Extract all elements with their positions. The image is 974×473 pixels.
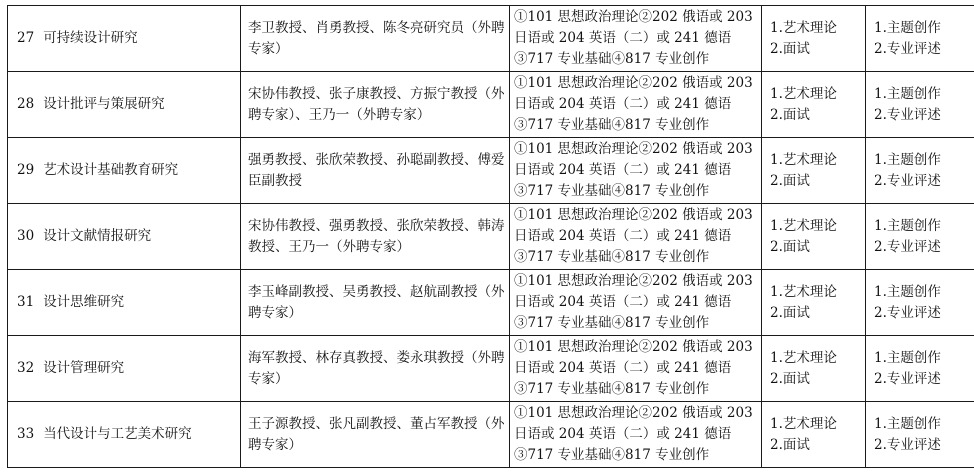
exam-subjects-cell: ①101 思想政治理论②202 俄语或 203 日语或 204 英语（二）或 2…: [510, 6, 762, 72]
exam-line: ③717 专业基础④817 专业创作: [514, 313, 761, 334]
retest-subjects-cell: 1.艺术理论 2.面试: [762, 6, 866, 72]
direction-name: 艺术设计基础教育研究: [43, 162, 178, 178]
exam-line: ③717 专业基础④817 专业创作: [514, 379, 761, 400]
table-row: 29艺术设计基础教育研究 强勇教授、张欣荣教授、孙聪副教授、傅爱臣副教授 ①10…: [8, 138, 974, 204]
table-row: 27可持续设计研究 李卫教授、肖勇教授、陈冬亮研究员（外聘专家） ①101 思想…: [8, 6, 974, 72]
supervisors-text: 李卫教授、肖勇教授、陈冬亮研究员（外聘专家）: [248, 18, 505, 60]
retest-subject: 1.艺术理论: [770, 348, 865, 369]
retest-subject: 2.面试: [770, 369, 865, 390]
retest-content: 2.专业评述: [874, 435, 974, 456]
retest-content: 2.专业评述: [874, 171, 974, 192]
retest-content: 1.主题创作: [874, 216, 974, 237]
supervisors-cell: 宋协伟教授、张子康教授、方振宁教授（外聘专家）、王乃一（外聘专家）: [241, 72, 510, 138]
retest-content: 1.主题创作: [874, 282, 974, 303]
retest-subjects-cell: 1.艺术理论 2.面试: [762, 204, 866, 270]
exam-line: 日语或 204 英语（二）或 241 德语: [514, 292, 761, 313]
exam-line: ③717 专业基础④817 专业创作: [514, 247, 761, 268]
retest-content: 2.专业评述: [874, 237, 974, 258]
program-table: 27可持续设计研究 李卫教授、肖勇教授、陈冬亮研究员（外聘专家） ①101 思想…: [7, 5, 974, 468]
exam-line: ①101 思想政治理论②202 俄语或 203: [514, 139, 761, 160]
exam-subjects-cell: ①101 思想政治理论②202 俄语或 203 日语或 204 英语（二）或 2…: [510, 72, 762, 138]
exam-line: ③717 专业基础④817 专业创作: [514, 181, 761, 202]
retest-subjects-cell: 1.艺术理论 2.面试: [762, 138, 866, 204]
direction-name: 设计管理研究: [43, 360, 124, 376]
direction-number: 31: [17, 292, 34, 313]
retest-content-cell: 1.主题创作 2.专业评述: [866, 402, 974, 468]
exam-subjects-cell: ①101 思想政治理论②202 俄语或 203 日语或 204 英语（二）或 2…: [510, 138, 762, 204]
supervisors-cell: 李玉峰副教授、吴勇教授、赵航副教授（外聘专家）: [241, 270, 510, 336]
research-direction-cell: 31设计思维研究: [8, 270, 241, 336]
exam-line: 日语或 204 英语（二）或 241 德语: [514, 28, 761, 49]
retest-subjects-cell: 1.艺术理论 2.面试: [762, 270, 866, 336]
retest-content-cell: 1.主题创作 2.专业评述: [866, 270, 974, 336]
exam-line: 日语或 204 英语（二）或 241 德语: [514, 358, 761, 379]
exam-line: 日语或 204 英语（二）或 241 德语: [514, 424, 761, 445]
supervisors-cell: 海军教授、林存真教授、娄永琪教授（外聘专家）: [241, 336, 510, 402]
exam-subjects-cell: ①101 思想政治理论②202 俄语或 203 日语或 204 英语（二）或 2…: [510, 402, 762, 468]
retest-subjects-cell: 1.艺术理论 2.面试: [762, 402, 866, 468]
exam-line: ③717 专业基础④817 专业创作: [514, 115, 761, 136]
supervisors-cell: 李卫教授、肖勇教授、陈冬亮研究员（外聘专家）: [241, 6, 510, 72]
exam-line: ①101 思想政治理论②202 俄语或 203: [514, 73, 761, 94]
supervisors-text: 王子源教授、张凡副教授、董占军教授（外聘专家）: [248, 414, 505, 456]
retest-subject: 1.艺术理论: [770, 414, 865, 435]
retest-content: 1.主题创作: [874, 348, 974, 369]
supervisors-cell: 宋协伟教授、强勇教授、张欣荣教授、韩涛教授、王乃一（外聘专家）: [241, 204, 510, 270]
research-direction-cell: 27可持续设计研究: [8, 6, 241, 72]
retest-content-cell: 1.主题创作 2.专业评述: [866, 6, 974, 72]
exam-subjects-cell: ①101 思想政治理论②202 俄语或 203 日语或 204 英语（二）或 2…: [510, 336, 762, 402]
supervisors-cell: 强勇教授、张欣荣教授、孙聪副教授、傅爱臣副教授: [241, 138, 510, 204]
exam-line: 日语或 204 英语（二）或 241 德语: [514, 160, 761, 181]
retest-content: 1.主题创作: [874, 150, 974, 171]
direction-name: 设计文献情报研究: [43, 228, 151, 244]
direction-name: 设计思维研究: [43, 294, 124, 310]
retest-subject: 2.面试: [770, 39, 865, 60]
retest-content: 1.主题创作: [874, 84, 974, 105]
retest-content: 2.专业评述: [874, 105, 974, 126]
retest-content: 1.主题创作: [874, 18, 974, 39]
retest-subject: 1.艺术理论: [770, 18, 865, 39]
direction-number: 29: [17, 160, 34, 181]
supervisors-text: 宋协伟教授、强勇教授、张欣荣教授、韩涛教授、王乃一（外聘专家）: [248, 216, 505, 258]
exam-subjects-cell: ①101 思想政治理论②202 俄语或 203 日语或 204 英语（二）或 2…: [510, 204, 762, 270]
retest-content: 2.专业评述: [874, 39, 974, 60]
retest-content-cell: 1.主题创作 2.专业评述: [866, 72, 974, 138]
retest-subject: 1.艺术理论: [770, 216, 865, 237]
retest-subject: 1.艺术理论: [770, 84, 865, 105]
exam-line: ①101 思想政治理论②202 俄语或 203: [514, 403, 761, 424]
research-direction-cell: 29艺术设计基础教育研究: [8, 138, 241, 204]
exam-line: 日语或 204 英语（二）或 241 德语: [514, 226, 761, 247]
table-row: 28设计批评与策展研究 宋协伟教授、张子康教授、方振宁教授（外聘专家）、王乃一（…: [8, 72, 974, 138]
exam-line: ①101 思想政治理论②202 俄语或 203: [514, 205, 761, 226]
retest-subject: 1.艺术理论: [770, 282, 865, 303]
exam-line: ①101 思想政治理论②202 俄语或 203: [514, 337, 761, 358]
table-row: 30设计文献情报研究 宋协伟教授、强勇教授、张欣荣教授、韩涛教授、王乃一（外聘专…: [8, 204, 974, 270]
retest-content-cell: 1.主题创作 2.专业评述: [866, 336, 974, 402]
research-direction-cell: 32设计管理研究: [8, 336, 241, 402]
retest-content: 2.专业评述: [874, 303, 974, 324]
supervisors-text: 李玉峰副教授、吴勇教授、赵航副教授（外聘专家）: [248, 282, 505, 324]
supervisors-text: 宋协伟教授、张子康教授、方振宁教授（外聘专家）、王乃一（外聘专家）: [248, 84, 505, 126]
table-row: 33当代设计与工艺美术研究 王子源教授、张凡副教授、董占军教授（外聘专家） ①1…: [8, 402, 974, 468]
exam-line: ③717 专业基础④817 专业创作: [514, 445, 761, 466]
direction-number: 27: [17, 28, 34, 49]
exam-line: ③717 专业基础④817 专业创作: [514, 49, 761, 70]
direction-name: 可持续设计研究: [43, 30, 138, 46]
research-direction-cell: 33当代设计与工艺美术研究: [8, 402, 241, 468]
supervisors-text: 强勇教授、张欣荣教授、孙聪副教授、傅爱臣副教授: [248, 150, 505, 192]
direction-number: 30: [17, 226, 34, 247]
direction-number: 33: [17, 424, 34, 445]
retest-content: 1.主题创作: [874, 414, 974, 435]
direction-name: 设计批评与策展研究: [43, 96, 165, 112]
research-direction-cell: 28设计批评与策展研究: [8, 72, 241, 138]
retest-subject: 2.面试: [770, 171, 865, 192]
supervisors-text: 海军教授、林存真教授、娄永琪教授（外聘专家）: [248, 348, 505, 390]
retest-subject: 2.面试: [770, 303, 865, 324]
table-row: 31设计思维研究 李玉峰副教授、吴勇教授、赵航副教授（外聘专家） ①101 思想…: [8, 270, 974, 336]
retest-content-cell: 1.主题创作 2.专业评述: [866, 138, 974, 204]
exam-subjects-cell: ①101 思想政治理论②202 俄语或 203 日语或 204 英语（二）或 2…: [510, 270, 762, 336]
research-direction-cell: 30设计文献情报研究: [8, 204, 241, 270]
supervisors-cell: 王子源教授、张凡副教授、董占军教授（外聘专家）: [241, 402, 510, 468]
retest-subject: 2.面试: [770, 105, 865, 126]
retest-subject: 2.面试: [770, 435, 865, 456]
retest-content-cell: 1.主题创作 2.专业评述: [866, 204, 974, 270]
exam-line: ①101 思想政治理论②202 俄语或 203: [514, 271, 761, 292]
direction-name: 当代设计与工艺美术研究: [43, 426, 192, 442]
table-row: 32设计管理研究 海军教授、林存真教授、娄永琪教授（外聘专家） ①101 思想政…: [8, 336, 974, 402]
exam-line: 日语或 204 英语（二）或 241 德语: [514, 94, 761, 115]
exam-line: ①101 思想政治理论②202 俄语或 203: [514, 7, 761, 28]
retest-content: 2.专业评述: [874, 369, 974, 390]
retest-subject: 1.艺术理论: [770, 150, 865, 171]
retest-subjects-cell: 1.艺术理论 2.面试: [762, 72, 866, 138]
direction-number: 28: [17, 94, 34, 115]
retest-subjects-cell: 1.艺术理论 2.面试: [762, 336, 866, 402]
retest-subject: 2.面试: [770, 237, 865, 258]
direction-number: 32: [17, 358, 34, 379]
